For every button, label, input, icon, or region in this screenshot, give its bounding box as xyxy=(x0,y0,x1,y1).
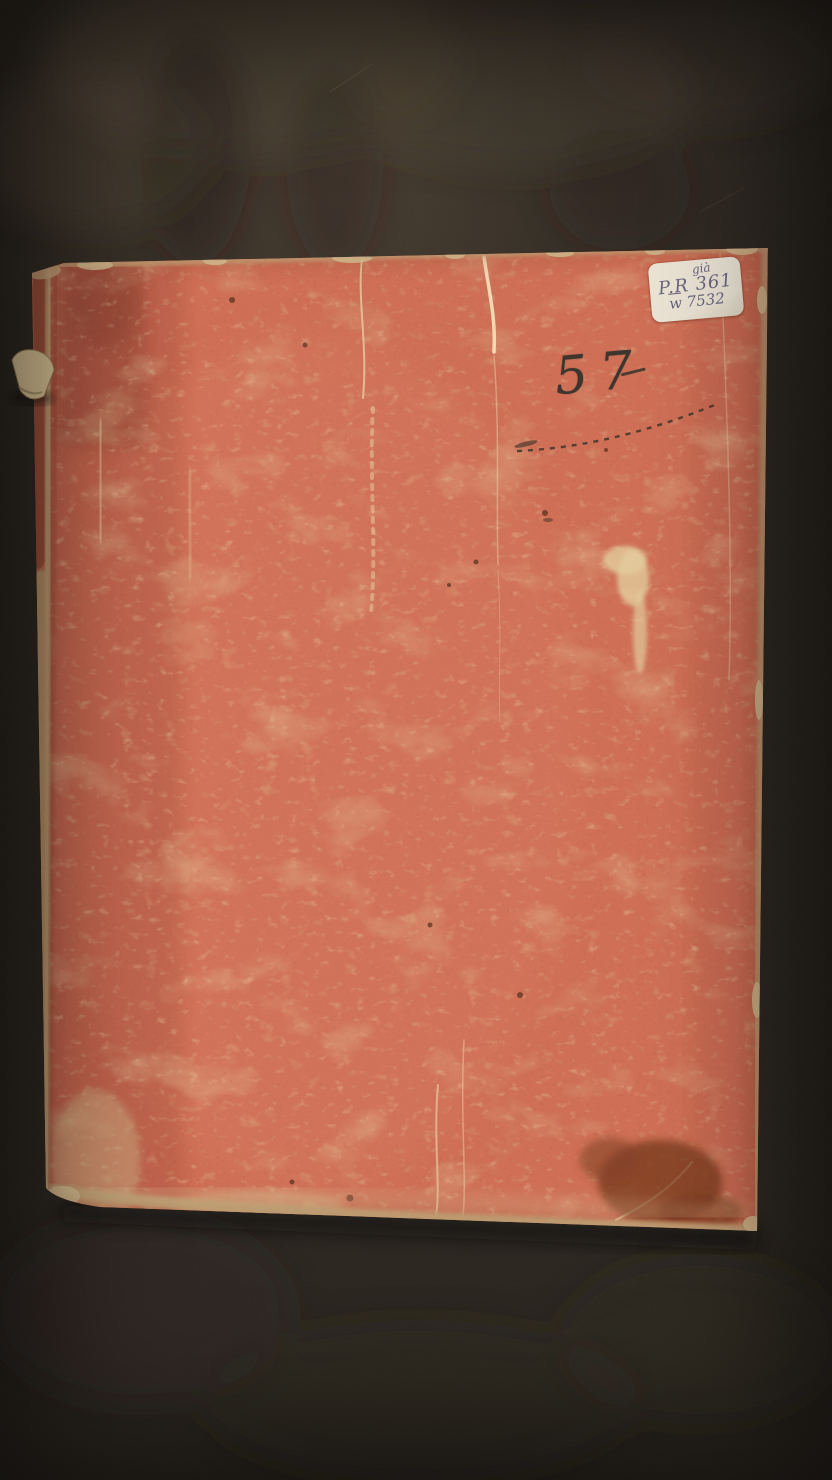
photo-art xyxy=(0,0,832,1480)
archival-label: già P.R 361 w 7532 xyxy=(648,256,745,323)
label-line-3-number: 7532 xyxy=(686,290,726,312)
torn-paper-flap xyxy=(10,350,54,405)
photo: già P.R 361 w 7532 57 xyxy=(0,0,832,1480)
handwritten-number: 57 xyxy=(552,337,679,437)
label-line-3-prefix: w xyxy=(668,294,683,313)
